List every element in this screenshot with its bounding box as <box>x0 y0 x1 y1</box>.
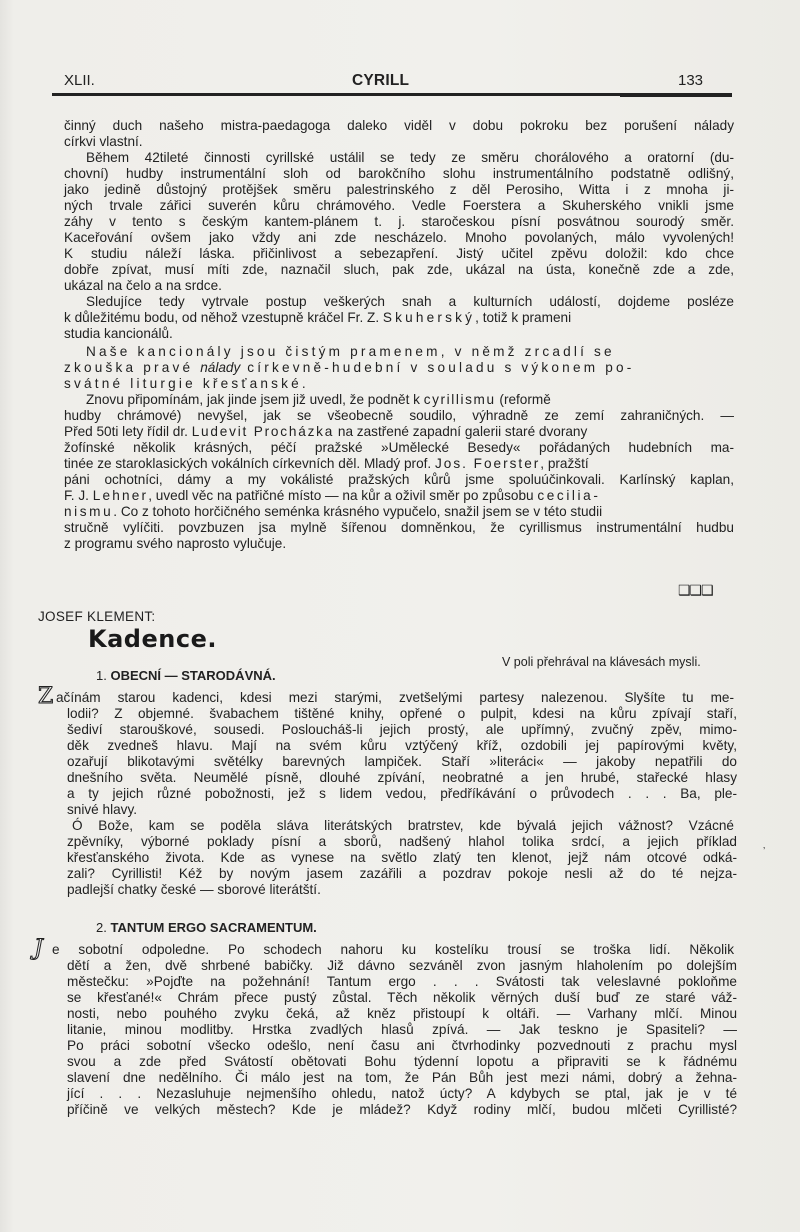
section-2-heading: 2. TANTUM ERGO SACRAMENTUM. <box>96 920 317 935</box>
text-run: F. J. <box>64 488 93 503</box>
term-spaced: cyrillismu <box>424 392 496 407</box>
drop-cap-j: J <box>34 936 43 961</box>
text-line: Kaceřování ovšem jako vždy ani zde nesch… <box>64 230 734 246</box>
scanned-page: XLII. CYRILL 133 činný duch našeho mistr… <box>0 0 800 1232</box>
text-line: děk zvedneš hlavu. Mají na svém kůru vzt… <box>67 738 737 754</box>
volume-number: XLII. <box>64 72 95 89</box>
text-line: Ó Bože, kam se poděla sláva literátských… <box>72 818 734 834</box>
page-number: 133 <box>678 72 703 89</box>
text-line: z programu svého naprosto vylučuje. <box>64 536 734 552</box>
text-line: snivé hlavy. <box>67 802 737 818</box>
text-line: ukázal na čelo a na srdce. <box>64 278 734 294</box>
text-line: se křesťané!« Chrám přece pustý zůstal. … <box>67 990 737 1006</box>
article-title: Kadence. <box>88 625 217 653</box>
text-line: městečku: »Pojďte na požehnání! Tantum e… <box>67 974 737 990</box>
term-spaced: nismu <box>64 504 113 519</box>
text-line: žofínské několik krásných, péčí pražské … <box>64 440 734 456</box>
person-name-spaced: Jos. Foerster <box>435 456 540 471</box>
section-title: OBECNÍ — STARODÁVNÁ. <box>110 668 275 683</box>
text-line: K studiu náleží láska. přičinlivost a se… <box>64 246 734 262</box>
text-line-spaced: Naše kancionály jsou čistým pramenem, v … <box>86 344 756 360</box>
text-line: ných trvale zářici suverén kůru chrámové… <box>64 198 734 214</box>
term-spaced: cecilia- <box>537 488 600 503</box>
text-line: zali? Cyrillisti! Kéž by novým jasem zaz… <box>67 866 737 882</box>
text-run: . Co z tohoto horčičného seménka krásnéh… <box>113 504 602 519</box>
text-line: páni ochotníci, dámy a my vokálisté praž… <box>64 472 734 488</box>
text-line: F. J. Lehner, uvedl věc na patřičné míst… <box>64 488 734 504</box>
text-run: , uvedl věc na patřičné místo — na kůr a… <box>148 488 537 503</box>
text-line: křesťanského života. Kde as vynese na sv… <box>67 850 737 866</box>
text-line: jako jedině důstojný protějšek směru pal… <box>64 182 734 198</box>
text-line: hudby chrámové) nevyšel, jak se všeobecn… <box>64 408 734 424</box>
text-run: tinée ze staroklasických vokálních círke… <box>64 456 435 471</box>
text-line: nismu. Co z tohoto horčičného seménka kr… <box>64 504 734 520</box>
text-line: jící . . . Nezasluhuje nejmenšího ohledu… <box>67 1086 737 1102</box>
text-line: Sledujíce tedy vytrvale postup veškerých… <box>86 294 734 310</box>
text-line-spaced: zkouška pravé nálady církevně-hudební v … <box>64 360 734 376</box>
section-1-heading: 1. OBECNÍ — STARODÁVNÁ. <box>96 668 276 683</box>
article-author: JOSEF KLEMENT: <box>38 609 155 624</box>
margin-mark: ‚ <box>763 840 765 851</box>
text-line: Před 50ti lety řídil dr. Ludevit Procház… <box>64 424 734 440</box>
text-run: k důležitému bodu, od něhož vzestupně kr… <box>64 310 383 325</box>
section-number: 2. <box>96 920 107 935</box>
text-run: zkouška pravé <box>64 360 200 375</box>
text-line: Po práci sobotní všecko odešlo, není čas… <box>67 1038 737 1054</box>
text-run: , pražští <box>540 456 588 471</box>
text-line: příčině ve velkých městech? Kde je mláde… <box>67 1102 737 1118</box>
person-name-spaced: Ludevit Procházka <box>192 424 334 439</box>
header-rule-accent <box>620 95 732 97</box>
text-run: Před 50ti lety řídil dr. <box>64 424 192 439</box>
journal-title: CYRILL <box>352 72 409 90</box>
text-line: studia kancionálů. <box>64 326 734 342</box>
text-line: svou a zde před Svátostí obětovati Bohu … <box>67 1054 737 1070</box>
text-line: k důležitému bodu, od něhož vzestupně kr… <box>64 310 734 326</box>
text-line: šediví starouškové, sousedi. Posloucháš-… <box>67 722 737 738</box>
text-line: záhy v tento s českým kantem-plánem t. j… <box>64 214 734 230</box>
section-title: TANTUM ERGO SACRAMENTUM. <box>110 920 316 935</box>
article-motto: V poli přehrával na klávesách mysli. <box>502 655 701 669</box>
person-name-spaced: Lehner <box>93 488 149 503</box>
text-line: zpěvníky, výborné poklady písní a sborů,… <box>67 834 737 850</box>
text-line: slavení dne nedělního. Či málo jest na t… <box>67 1070 737 1086</box>
text-line: litanie, minou modlitby. Hrstka zvadlých… <box>67 1022 737 1038</box>
text-run: Znovu připomínám, jak jinde jsem již uve… <box>86 392 424 407</box>
text-line: lodii? Z objemné. švabachem tištěné knih… <box>67 706 737 722</box>
section-number: 1. <box>96 668 107 683</box>
text-run: (reformě <box>496 392 551 407</box>
text-line-spaced: svátné liturgie křesťanské. <box>64 376 734 392</box>
text-line: ačínám starou kadenci, kdesi mezi starým… <box>56 690 734 706</box>
text-line: chovní) hudby instrumentální sloh od bar… <box>64 166 734 182</box>
text-line: Během 42tileté činnosti cyrillské ustáli… <box>86 150 734 166</box>
text-run: , totiž k prameni <box>475 310 571 325</box>
person-name-spaced: Skuherský <box>383 310 475 325</box>
text-line: a ty jejich různé pobožnosti, jež s lide… <box>67 786 737 802</box>
text-line: stručně vylíčiti. povzbuzen jsa mylně ší… <box>64 520 734 536</box>
text-line: Znovu připomínám, jak jinde jsem již uve… <box>86 392 756 408</box>
text-line: dobře zpívat, musí míti zde, naznačil sl… <box>64 262 734 278</box>
drop-cap-z: Z <box>38 684 53 709</box>
text-line: e sobotní odpoledne. Po schodech nahoru … <box>52 942 734 958</box>
text-line: dnešního světa. Neumělé písně, dlouhé zp… <box>67 770 737 786</box>
text-line: ozařují blikotavými světélky barevných l… <box>67 754 737 770</box>
text-line: církvi vlastní. <box>64 134 734 150</box>
end-of-article-mark: ❑❑❑ <box>678 582 713 599</box>
text-line: tinée ze staroklasických vokálních círke… <box>64 456 734 472</box>
text-line: nosti, nebo pouhého zvyku čeká, až kněz … <box>67 1006 737 1022</box>
text-run: církevně-hudební v souladu s výkonem po- <box>240 360 634 375</box>
text-run: na zastřené zapadní galerii staré dvoran… <box>334 424 587 439</box>
text-line: činný duch našeho mistra-paedagoga dalek… <box>64 118 734 134</box>
text-line: padlejší chatky české — sborové literátš… <box>67 882 737 898</box>
text-line: dětí a žen, dvě shrbené babičky. Již dáv… <box>67 958 737 974</box>
emphasis-italic: nálady <box>200 360 240 375</box>
